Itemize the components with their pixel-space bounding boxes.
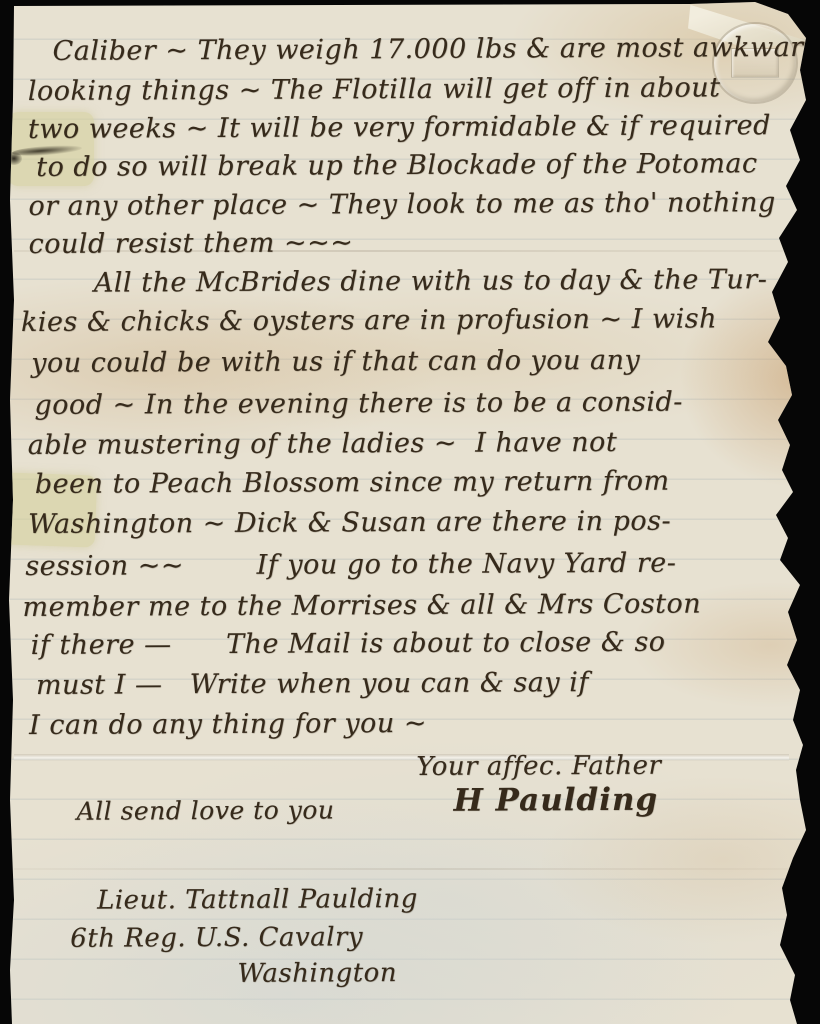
letter-line: two weeks ~ It will be very formidable &… [28,110,771,145]
letter-line: looking things ~ The Flotilla will get o… [28,72,721,107]
letter-line: to do so will break up the Blockade of t… [36,148,758,183]
letter-line: Washington ~ Dick & Susan are there in p… [28,506,671,540]
letter-paper: Caliber ~ They weigh 17.000 lbs & are mo… [0,0,820,1024]
address-line: Lieut. Tattnall Paulding [97,884,418,916]
letter-text: Caliber ~ They weigh 17.000 lbs & are mo… [0,0,820,1024]
letter-signature: H Paulding [453,782,658,819]
letter-line: Caliber ~ They weigh 17.000 lbs & are mo… [53,32,820,67]
letter-line: been to Peach Blossom since my return fr… [35,466,670,500]
letter-line: I can do any thing for you ~ [29,708,427,741]
letter-line: member me to the Morrises & all & Mrs Co… [22,588,701,623]
scanned-letter-page: Caliber ~ They weigh 17.000 lbs & are mo… [0,0,820,1024]
letter-line: if there — The Mail is about to close & … [31,627,666,661]
letter-closing: Your affec. Father [416,751,661,782]
letter-line: All the McBrides dine with us to day & t… [94,264,768,299]
letter-line: must I — Write when you can & say if [36,667,589,701]
letter-line: or any other place ~ They look to me as … [28,187,775,222]
letter-line: could resist them ~~~ [29,227,354,260]
letter-line: you could be with us if that can do you … [31,345,640,379]
address-line: Washington [237,958,397,989]
letter-line: good ~ In the evening there is to be a c… [34,387,683,421]
letter-line: kies & chicks & oysters are in profusion… [21,303,717,338]
letter-postscript: All send love to you [76,795,334,825]
address-line: 6th Reg. U.S. Cavalry [70,922,363,954]
letter-line: session ~~ If you go to the Navy Yard re… [25,548,676,582]
letter-line: able mustering of the ladies ~ I have no… [28,427,618,461]
